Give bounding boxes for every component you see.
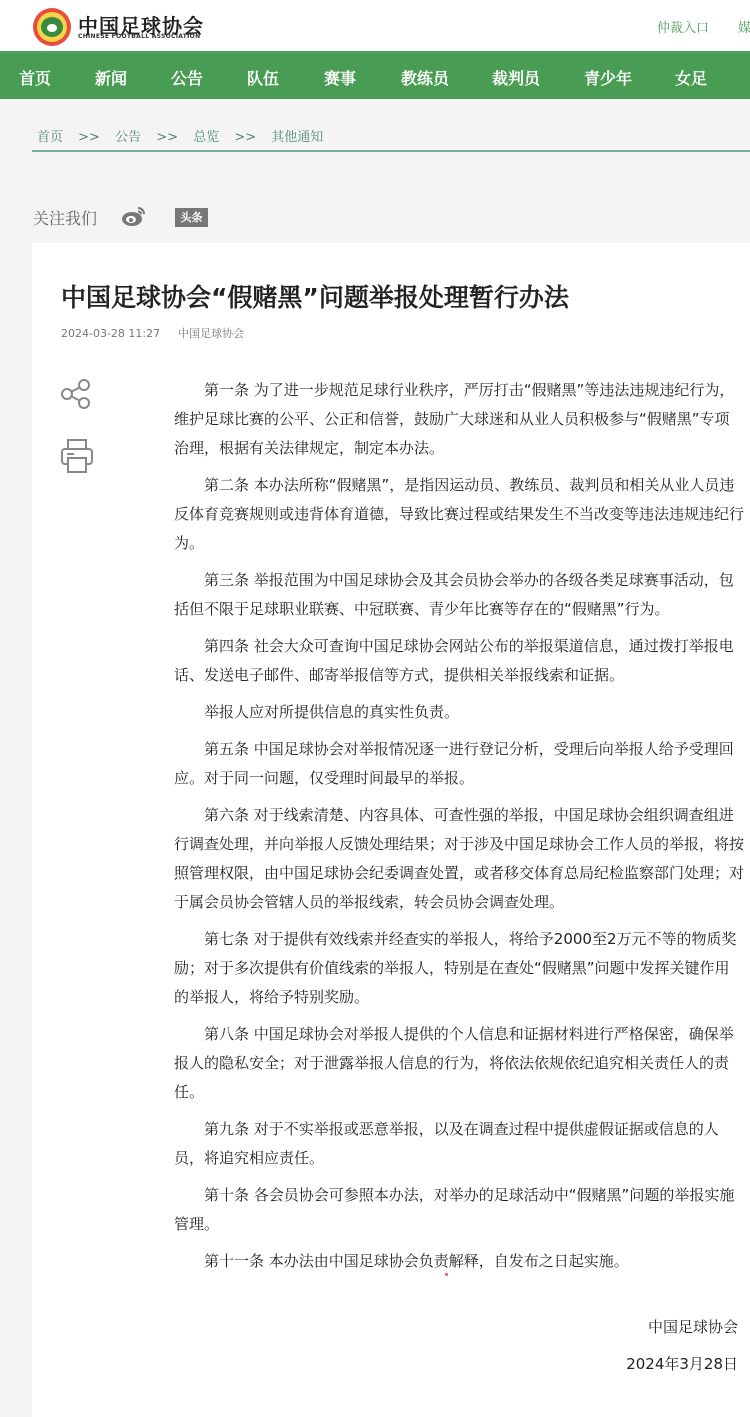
brand-name-en: CHINESE FOOTBALL ASSOCIATION bbox=[78, 33, 200, 40]
decorative-dot bbox=[445, 1273, 448, 1276]
breadcrumb-separator: >> bbox=[156, 130, 178, 145]
article-paragraph: 举报人应对所提供信息的真实性负责。 bbox=[174, 698, 744, 727]
breadcrumb: 首页 >> 公告 >> 总览 >> 其他通知 bbox=[37, 126, 334, 145]
article-card: 中国足球协会“假赌黑”问题举报处理暂行办法 2024-03-28 11:27中国… bbox=[32, 243, 750, 1417]
nav-item-youth[interactable]: 青少年 bbox=[584, 66, 632, 89]
signature-org: 中国足球协会 bbox=[648, 1316, 738, 1337]
article-title: 中国足球协会“假赌黑”问题举报处理暂行办法 bbox=[61, 278, 569, 314]
follow-us-label: 关注我们 bbox=[33, 206, 97, 229]
article-source: 中国足球协会 bbox=[178, 327, 244, 340]
nav-item-teams[interactable]: 队伍 bbox=[247, 66, 279, 89]
breadcrumb-other-notices[interactable]: 其他通知 bbox=[271, 130, 323, 145]
article-paragraph: 第九条 对于不实举报或恶意举报，以及在调查过程中提供虚假证据或信息的人员，将追究… bbox=[174, 1115, 744, 1173]
nav-item-matches[interactable]: 赛事 bbox=[324, 66, 356, 89]
article-paragraph: 第八条 中国足球协会对举报人提供的个人信息和证据材料进行严格保密，确保举报人的隐… bbox=[174, 1020, 744, 1107]
article-paragraph: 第七条 对于提供有效线索并经查实的举报人，将给予2000至2万元不等的物质奖励；… bbox=[174, 925, 744, 1012]
article-paragraph: 第十条 各会员协会可参照本办法，对举办的足球活动中“假赌黑”问题的举报实施管理。 bbox=[174, 1181, 744, 1239]
cfa-logo-icon[interactable] bbox=[33, 8, 71, 46]
nav-item-notices[interactable]: 公告 bbox=[171, 66, 203, 89]
nav-item-home[interactable]: 首页 bbox=[19, 66, 51, 89]
publish-datetime: 2024-03-28 11:27 bbox=[61, 327, 160, 340]
signature-date: 2024年3月28日 bbox=[626, 1353, 738, 1374]
breadcrumb-separator: >> bbox=[234, 130, 256, 145]
article-meta: 2024-03-28 11:27中国足球协会 bbox=[61, 325, 244, 341]
article-paragraph: 第十一条 本办法由中国足球协会负责解释，自发布之日起实施。 bbox=[174, 1247, 744, 1276]
main-nav: 首页 新闻 公告 队伍 赛事 教练员 裁判员 青少年 女足 bbox=[0, 53, 750, 99]
print-icon[interactable] bbox=[60, 438, 94, 474]
article-paragraph: 第三条 举报范围为中国足球协会及其会员协会举办的各级各类足球赛事活动，包括但不限… bbox=[174, 566, 744, 624]
breadcrumb-notices[interactable]: 公告 bbox=[115, 130, 141, 145]
nav-item-news[interactable]: 新闻 bbox=[95, 66, 127, 89]
weibo-icon[interactable] bbox=[121, 204, 147, 228]
breadcrumb-divider bbox=[32, 150, 750, 152]
top-bar: 中国足球协会 CHINESE FOOTBALL ASSOCIATION 仲裁入口… bbox=[0, 0, 750, 53]
article-paragraph: 第四条 社会大众可查询中国足球协会网站公布的举报渠道信息，通过拨打举报电话、发送… bbox=[174, 632, 744, 690]
arbitration-entry-link[interactable]: 仲裁入口 bbox=[657, 17, 709, 36]
nav-item-referees[interactable]: 裁判员 bbox=[492, 66, 540, 89]
share-icon[interactable] bbox=[60, 378, 92, 410]
toutiao-icon[interactable]: 头条 bbox=[175, 208, 208, 227]
nav-item-coaches[interactable]: 教练员 bbox=[401, 66, 449, 89]
article-paragraph: 第六条 对于线索清楚、内容具体、可查性强的举报，中国足球协会组织调查组进行调查处… bbox=[174, 801, 744, 917]
nav-item-women[interactable]: 女足 bbox=[675, 66, 707, 89]
article-paragraph: 第二条 本办法所称“假赌黑”，是指因运动员、教练员、裁判员和相关从业人员违反体育… bbox=[174, 471, 744, 558]
breadcrumb-home[interactable]: 首页 bbox=[37, 130, 63, 145]
article-body: 第一条 为了进一步规范足球行业秩序，严厉打击“假赌黑”等违法违规违纪行为，维护足… bbox=[174, 376, 744, 1284]
article-paragraph: 第五条 中国足球协会对举报情况逐一进行登记分析，受理后向举报人给予受理回应。对于… bbox=[174, 735, 744, 793]
breadcrumb-overview[interactable]: 总览 bbox=[193, 130, 219, 145]
breadcrumb-separator: >> bbox=[78, 130, 100, 145]
article-paragraph: 第一条 为了进一步规范足球行业秩序，严厉打击“假赌黑”等违法违规违纪行为，维护足… bbox=[174, 376, 744, 463]
media-link[interactable]: 媒 bbox=[738, 17, 750, 36]
